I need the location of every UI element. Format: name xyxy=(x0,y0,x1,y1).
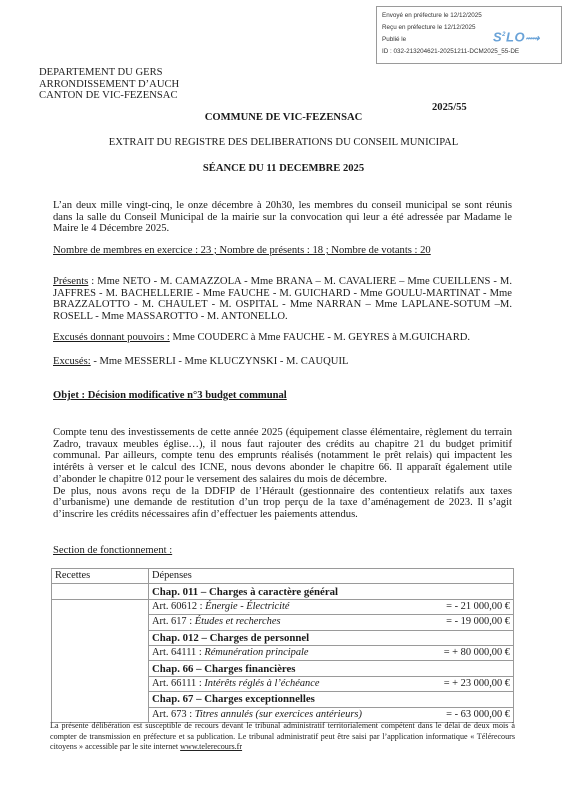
telerecours-link[interactable]: www.telerecours.fr xyxy=(180,742,242,751)
article-row: Art. 60612 : Énergie - Électricité= - 21… xyxy=(52,599,514,614)
article-amount: = + 80 000,00 € xyxy=(444,646,510,660)
article-cell: Art. 617 : Études et recherches= - 19 00… xyxy=(149,615,514,630)
recettes-cell xyxy=(52,645,149,660)
article-cell: Art. 66111 : Intérêts réglés à l’échéanc… xyxy=(149,676,514,691)
article-row: Art. 64111 : Rémunération principale= + … xyxy=(52,645,514,660)
body-paragraph-2: De plus, nous avons reçu de la DDFIP de … xyxy=(53,486,512,521)
article-line: Art. 60612 : Énergie - Électricité= - 21… xyxy=(152,600,510,614)
article-line: Art. 617 : Études et recherches= - 19 00… xyxy=(152,615,510,629)
article-label: Intérêts réglés à l’échéance xyxy=(204,678,319,689)
article-description: Art. 64111 : Rémunération principale xyxy=(152,646,309,660)
excused-list: - Mme MESSERLI - Mme KLUCZYNSKI - M. CAU… xyxy=(91,356,349,367)
article-row: Art. 617 : Études et recherches= - 19 00… xyxy=(52,615,514,630)
article-code: Art. 60612 : xyxy=(152,601,205,612)
recettes-cell xyxy=(52,630,149,645)
article-cell: Art. 60612 : Énergie - Électricité= - 21… xyxy=(149,599,514,614)
excused-paragraph: Excusés: - Mme MESSERLI - Mme KLUCZYNSKI… xyxy=(53,356,512,368)
article-amount: = - 21 000,00 € xyxy=(446,600,510,614)
header-department: DEPARTEMENT DU GERS xyxy=(39,67,179,79)
col-depenses: Dépenses xyxy=(149,569,514,584)
article-label: Rémunération principale xyxy=(204,647,308,658)
article-description: Art. 66111 : Intérêts réglés à l’échéanc… xyxy=(152,677,319,691)
register-extract-title: EXTRAIT DU REGISTRE DES DELIBERATIONS DU… xyxy=(0,137,567,148)
article-description: Art. 60612 : Énergie - Électricité xyxy=(152,600,290,614)
body-paragraph-1: Compte tenu des investissements de cette… xyxy=(53,427,512,486)
recettes-cell xyxy=(52,615,149,630)
recettes-cell xyxy=(52,676,149,691)
article-label: Énergie - Électricité xyxy=(205,601,289,612)
article-description: Art. 617 : Études et recherches xyxy=(152,615,281,629)
recettes-cell xyxy=(52,692,149,707)
chapter-row: Chap. 67 – Charges exceptionnelles xyxy=(52,692,514,707)
article-description: Art. 673 : Titres annulés (sur exercices… xyxy=(152,708,362,722)
session-date-title: SÉANCE DU 11 DECEMBRE 2025 xyxy=(0,163,567,174)
header-canton: CANTON DE VIC-FEZENSAC xyxy=(39,90,179,102)
article-line: Art. 673 : Titres annulés (sur exercices… xyxy=(152,708,510,722)
proxies-list: Mme COUDERC à Mme FAUCHE - M. GEYRES à M… xyxy=(170,332,470,343)
excused-label: Excusés: xyxy=(53,356,91,367)
body-text: Compte tenu des investissements de cette… xyxy=(53,427,512,521)
chapter-label: Chap. 67 – Charges exceptionnelles xyxy=(149,692,514,707)
article-amount: = + 23 000,00 € xyxy=(444,677,510,691)
chapter-label: Chap. 012 – Charges de personnel xyxy=(149,630,514,645)
chapter-label: Chap. 66 – Charges financières xyxy=(149,661,514,676)
article-code: Art. 66111 : xyxy=(152,678,204,689)
recettes-cell xyxy=(52,584,149,599)
chapter-row: Chap. 012 – Charges de personnel xyxy=(52,630,514,645)
col-recettes: Recettes xyxy=(52,569,149,584)
table-header-row: Recettes Dépenses xyxy=(52,569,514,584)
article-code: Art. 673 : xyxy=(152,709,195,720)
article-amount: = - 63 000,00 € xyxy=(446,708,510,722)
prefecture-stamp: Envoyé en préfecture le 12/12/2025 Reçu … xyxy=(376,6,562,64)
logo-s: S xyxy=(493,29,502,44)
budget-table: Recettes Dépenses Chap. 011 – Charges à … xyxy=(51,568,514,723)
chapter-row: Chap. 66 – Charges financières xyxy=(52,661,514,676)
article-code: Art. 617 : xyxy=(152,616,195,627)
article-label: Études et recherches xyxy=(195,616,281,627)
article-line: Art. 64111 : Rémunération principale= + … xyxy=(152,646,510,660)
commune-title: COMMUNE DE VIC-FEZENSAC xyxy=(0,112,567,123)
appeal-notice: La présente délibération est susceptible… xyxy=(50,721,515,753)
article-amount: = - 19 000,00 € xyxy=(446,615,510,629)
presents-list: : Mme NETO - M. CAMAZZOLA - Mme BRANA – … xyxy=(53,276,512,322)
stamp-sent: Envoyé en préfecture le 12/12/2025 xyxy=(382,10,557,22)
subject-heading: Objet : Décision modificative n°3 budget… xyxy=(53,390,512,402)
s2lo-logo-icon: S2LO⟿ xyxy=(493,29,540,45)
proxies-label: Excusés donnant pouvoirs : xyxy=(53,332,170,343)
article-line: Art. 66111 : Intérêts réglés à l’échéanc… xyxy=(152,677,510,691)
presents-label: Présents xyxy=(53,276,88,287)
logo-lo: LO xyxy=(506,29,525,44)
chapter-label: Chap. 011 – Charges à caractère général xyxy=(149,584,514,599)
administrative-header: DEPARTEMENT DU GERS ARRONDISSEMENT D’AUC… xyxy=(39,67,179,102)
header-arrondissement: ARRONDISSEMENT D’AUCH xyxy=(39,79,179,91)
presents-paragraph: Présents : Mme NETO - M. CAMAZZOLA - Mme… xyxy=(53,276,512,323)
stamp-id: ID : 032-213204621-20251211-DCM2025_55-D… xyxy=(382,46,557,58)
recettes-cell xyxy=(52,661,149,676)
article-code: Art. 64111 : xyxy=(152,647,204,658)
member-counts: Nombre de membres en exercice : 23 ; Nom… xyxy=(53,245,512,257)
section-label: Section de fonctionnement : xyxy=(53,545,512,557)
logo-wing-icon: ⟿ xyxy=(525,33,540,44)
article-cell: Art. 64111 : Rémunération principale= + … xyxy=(149,645,514,660)
article-label: Titres annulés (sur exercices antérieurs… xyxy=(195,709,362,720)
intro-paragraph: L’an deux mille vingt-cinq, le onze déce… xyxy=(53,200,512,235)
proxies-paragraph: Excusés donnant pouvoirs : Mme COUDERC à… xyxy=(53,332,512,344)
appeal-notice-text: La présente délibération est susceptible… xyxy=(50,721,515,751)
chapter-row: Chap. 011 – Charges à caractère général xyxy=(52,584,514,599)
article-row: Art. 66111 : Intérêts réglés à l’échéanc… xyxy=(52,676,514,691)
recettes-cell xyxy=(52,599,149,614)
